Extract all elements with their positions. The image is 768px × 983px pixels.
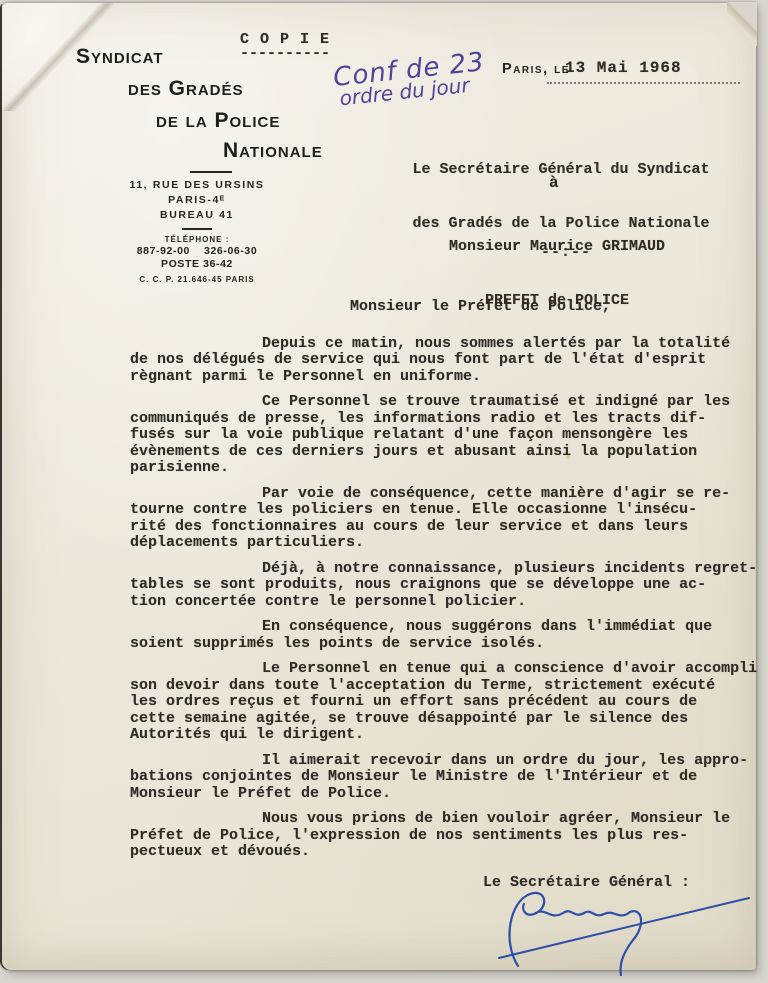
poste-number: POSTE 36-42 bbox=[115, 258, 279, 271]
paragraph-line: Préfet de Police, l'expression de nos se… bbox=[130, 828, 744, 845]
address-city: PARIS-4ᴱ bbox=[115, 193, 279, 208]
paragraph-line: pectueux et dévoués. bbox=[130, 844, 744, 861]
paragraph-line: tourne contre les policiers en tenue. El… bbox=[130, 502, 744, 519]
salutation: Monsieur le Préfet de Police, bbox=[130, 299, 744, 316]
letter-page: C O P I E ---------- Syndicat des Gradés… bbox=[2, 3, 756, 970]
recipient-preposition: à bbox=[549, 174, 559, 192]
cut-corner bbox=[727, 2, 757, 46]
paragraph-line: Monsieur le Préfet de Police. bbox=[130, 786, 744, 803]
paragraph: Depuis ce matin, nous sommes alertés par… bbox=[130, 336, 744, 386]
paragraph-line: parisienne. bbox=[130, 460, 744, 477]
paragraph-line: évènements de ces derniers jours et abus… bbox=[130, 444, 744, 461]
paragraph-line: bations conjointes de Monsieur le Minist… bbox=[130, 769, 744, 786]
paragraph-line: tion concertée contre le personnel polic… bbox=[130, 594, 744, 611]
address-bureau: BUREAU 41 bbox=[115, 208, 279, 223]
paragraph-line: Nous vous prions de bien vouloir agréer,… bbox=[130, 811, 744, 828]
letterhead-org-line: Syndicat bbox=[76, 45, 164, 69]
letterhead-org-line: de la Police bbox=[156, 109, 280, 133]
letterhead-address-block: 11, RUE DES URSINS PARIS-4ᴱ BUREAU 41 TÉ… bbox=[115, 178, 279, 285]
paragraph-line: Autorités qui le dirigent. bbox=[130, 727, 744, 744]
paragraph: Nous vous prions de bien vouloir agréer,… bbox=[130, 811, 744, 861]
paragraph-line: communiqués de presse, les informations … bbox=[130, 411, 744, 428]
paragraph: Ce Personnel se trouve traumatisé et ind… bbox=[130, 394, 744, 477]
paragraph-line: Depuis ce matin, nous sommes alertés par… bbox=[130, 336, 744, 353]
paragraph-line: tables se sont produits, nous craignons … bbox=[130, 577, 744, 594]
paragraph: Il aimerait recevoir dans un ordre du jo… bbox=[130, 753, 744, 803]
paragraph-line: rité des fonctionnaires au cours de leur… bbox=[130, 519, 744, 536]
letter-body-paragraphs: Depuis ce matin, nous sommes alertés par… bbox=[130, 336, 744, 861]
paragraph-line: règnant parmi le Personnel en uniforme. bbox=[130, 369, 744, 386]
handwritten-annotation: Conf de 23 ordre du jour bbox=[332, 47, 488, 111]
phone-label: TÉLÉPHONE : bbox=[115, 234, 279, 245]
signature-underline-stroke bbox=[499, 898, 749, 958]
copy-stamp: C O P I E ---------- bbox=[240, 31, 330, 62]
paragraph-line: cette semaine agitée, se trouve désappoi… bbox=[130, 711, 744, 728]
paragraph-line: En conséquence, nous suggérons dans l'im… bbox=[130, 619, 744, 636]
paragraph-line: Il aimerait recevoir dans un ordre du jo… bbox=[130, 753, 744, 770]
paragraph-line: Ce Personnel se trouve traumatisé et ind… bbox=[130, 394, 744, 411]
letterhead-org-line: des Gradés bbox=[128, 77, 244, 101]
paragraph-line: soient supprimés les points de service i… bbox=[130, 636, 744, 653]
paragraph: Par voie de conséquence, cette manière d… bbox=[130, 486, 744, 552]
letterhead-rule bbox=[190, 171, 232, 173]
signature-ink bbox=[422, 881, 762, 976]
letterhead-org-line: Nationale bbox=[223, 139, 323, 163]
ccp-number: C. C. P. 21.646-45 PARIS bbox=[115, 274, 279, 285]
scan-background: C O P I E ---------- Syndicat des Gradés… bbox=[0, 0, 768, 983]
paragraph-line: déplacements particuliers. bbox=[130, 535, 744, 552]
signature-name-stroke bbox=[509, 893, 641, 976]
paragraph-line: de nos délégués de service qui nous font… bbox=[130, 352, 744, 369]
letter-body: Monsieur le Préfet de Police, Depuis ce … bbox=[130, 299, 744, 870]
address-street: 11, RUE DES URSINS bbox=[115, 178, 279, 193]
paragraph-line: Le Personnel en tenue qui a conscience d… bbox=[130, 661, 744, 678]
typed-date: 13 Mai 1968 bbox=[565, 59, 682, 77]
phone-numbers: 887-92-00 326-06-30 bbox=[115, 245, 279, 258]
paragraph-line: Déjà, à notre connaissance, plusieurs in… bbox=[130, 561, 744, 578]
paragraph-line: Par voie de conséquence, cette manière d… bbox=[130, 486, 744, 503]
copy-stamp-underline: ---------- bbox=[240, 45, 330, 62]
paragraph: Déjà, à notre connaissance, plusieurs in… bbox=[130, 561, 744, 611]
paragraph: En conséquence, nous suggérons dans l'im… bbox=[130, 619, 744, 652]
paragraph-line: son devoir dans toute l'acceptation du T… bbox=[130, 678, 744, 695]
address-rule bbox=[182, 228, 212, 230]
paragraph-line: les ordres reçus et fourni un effort san… bbox=[130, 694, 744, 711]
separator-mark: --:-- bbox=[541, 244, 591, 261]
paragraph-line: fusés sur la voie publique relatant d'un… bbox=[130, 427, 744, 444]
paragraph: Le Personnel en tenue qui a conscience d… bbox=[130, 661, 744, 744]
sender-line: Le Secrétaire Général du Syndicat bbox=[410, 161, 712, 179]
